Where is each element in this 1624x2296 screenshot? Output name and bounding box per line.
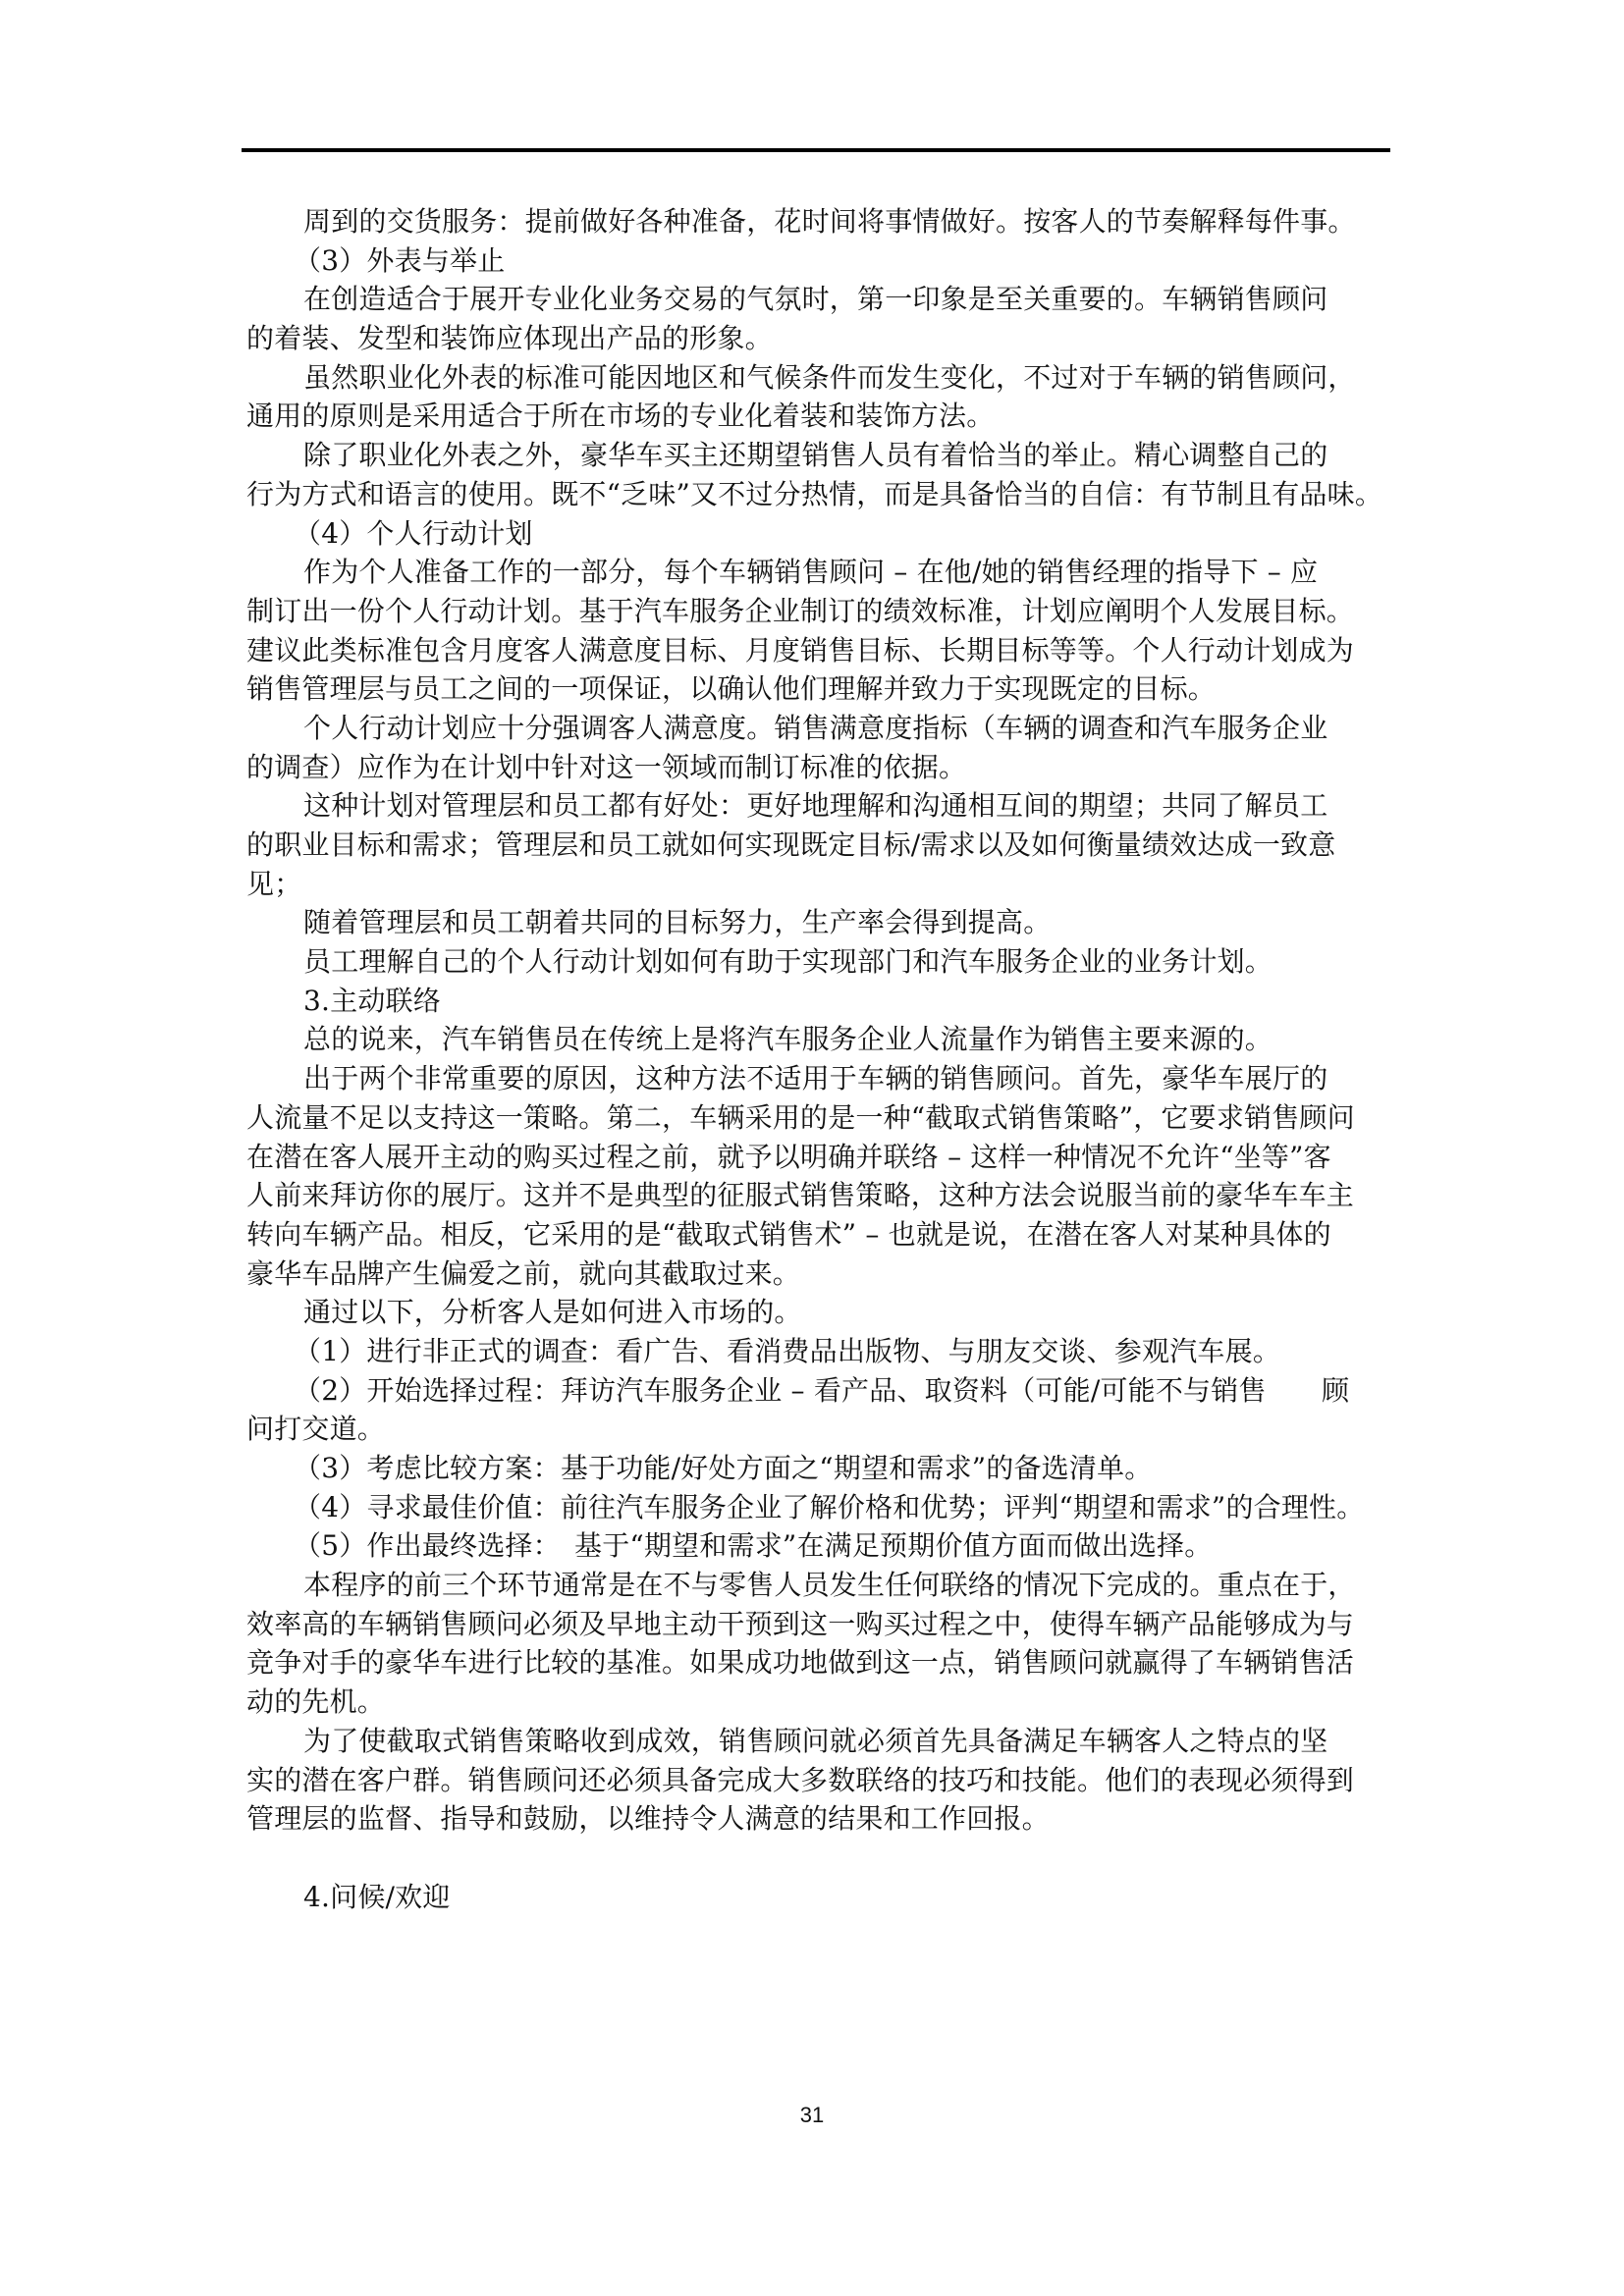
- text-line: （4）寻求最佳价值：前往汽车服务企业了解价格和优势；评判“期望和需求”的合理性。: [246, 1488, 1391, 1527]
- text-line: 在潜在客人展开主动的购买过程之前，就予以明确并联络 – 这样一种情况不允许“坐等…: [246, 1138, 1391, 1177]
- text-line: 随着管理层和员工朝着共同的目标努力，生产率会得到提高。: [246, 903, 1391, 942]
- document-body: 周到的交货服务：提前做好各种准备，花时间将事情做好。按客人的节奏解释每件事。（3…: [246, 202, 1391, 1917]
- text-line: 见；: [246, 865, 1391, 904]
- text-line: 除了职业化外表之外，豪华车买主还期望销售人员有着恰当的举止。精心调整自己的: [246, 436, 1391, 475]
- text-line: 豪华车品牌产生偏爱之前，就向其截取过来。: [246, 1255, 1391, 1294]
- text-line: 为了使截取式销售策略收到成效，销售顾问就必须首先具备满足车辆客人之特点的坚: [246, 1722, 1391, 1761]
- text-line: 人前来拜访你的展厅。这并不是典型的征服式销售策略，这种方法会说服当前的豪华车车主: [246, 1176, 1391, 1215]
- header-rule: [242, 148, 1390, 152]
- text-line: 的调查）应作为在计划中针对这一领域而制订标准的依据。: [246, 748, 1391, 787]
- text-line: 这种计划对管理层和员工都有好处：更好地理解和沟通相互间的期望；共同了解员工: [246, 786, 1391, 826]
- text-line: 作为个人准备工作的一部分，每个车辆销售顾问 – 在他/她的销售经理的指导下 – …: [246, 553, 1391, 592]
- text-line: 的职业目标和需求；管理层和员工就如何实现既定目标/需求以及如何衡量绩效达成一致意: [246, 826, 1391, 865]
- text-line: 通过以下，分析客人是如何进入市场的。: [246, 1293, 1391, 1332]
- text-line: 员工理解自己的个人行动计划如何有助于实现部门和汽车服务企业的业务计划。: [246, 942, 1391, 982]
- text-line: 转向车辆产品。相反，它采用的是“截取式销售术” – 也就是说，在潜在客人对某种具…: [246, 1215, 1391, 1255]
- page-number: 31: [0, 2103, 1624, 2128]
- text-line: 实的潜在客户群。销售顾问还必须具备完成大多数联络的技巧和技能。他们的表现必须得到: [246, 1761, 1391, 1800]
- text-line: 管理层的监督、指导和鼓励，以维持令人满意的结果和工作回报。: [246, 1799, 1391, 1839]
- text-line: 的着装、发型和装饰应体现出产品的形象。: [246, 319, 1391, 358]
- text-line: 人流量不足以支持这一策略。第二，车辆采用的是一种“截取式销售策略”，它要求销售顾…: [246, 1098, 1391, 1138]
- text-line: 总的说来，汽车销售员在传统上是将汽车服务企业人流量作为销售主要来源的。: [246, 1020, 1391, 1059]
- text-line: 个人行动计划应十分强调客人满意度。销售满意度指标（车辆的调查和汽车服务企业: [246, 709, 1391, 748]
- text-line: 本程序的前三个环节通常是在不与零售人员发生任何联络的情况下完成的。重点在于，: [246, 1566, 1391, 1605]
- text-line: （5）作出最终选择： 基于“期望和需求”在满足预期价值方面而做出选择。: [246, 1526, 1391, 1566]
- text-line: 销售管理层与员工之间的一项保证，以确认他们理解并致力于实现既定的目标。: [246, 669, 1391, 709]
- text-line: （3）考虑比较方案：基于功能/好处方面之“期望和需求”的备选清单。: [246, 1449, 1391, 1488]
- text-line: 周到的交货服务：提前做好各种准备，花时间将事情做好。按客人的节奏解释每件事。: [246, 202, 1391, 241]
- text-line: 效率高的车辆销售顾问必须及早地主动干预到这一购买过程之中，使得车辆产品能够成为与: [246, 1605, 1391, 1644]
- text-line: 虽然职业化外表的标准可能因地区和气候条件而发生变化，不过对于车辆的销售顾问，: [246, 358, 1391, 398]
- text-line: 出于两个非常重要的原因，这种方法不适用于车辆的销售顾问。首先，豪华车展厅的: [246, 1059, 1391, 1098]
- text-line: （1）进行非正式的调查：看广告、看消费品出版物、与朋友交谈、参观汽车展。: [246, 1332, 1391, 1371]
- text-line: 制订出一份个人行动计划。基于汽车服务企业制订的绩效标准，计划应阐明个人发展目标。: [246, 592, 1391, 631]
- text-line: 通用的原则是采用适合于所在市场的专业化着装和装饰方法。: [246, 397, 1391, 436]
- text-line: 问打交道。: [246, 1410, 1391, 1449]
- text-line: （2）开始选择过程：拜访汽车服务企业 – 看产品、取资料（可能/可能不与销售 顾: [246, 1371, 1391, 1411]
- text-line: 动的先机。: [246, 1682, 1391, 1722]
- text-line: 建议此类标准包含月度客人满意度目标、月度销售目标、长期目标等等。个人行动计划成为: [246, 631, 1391, 670]
- text-line: （4）个人行动计划: [246, 514, 1391, 554]
- blank-line: [246, 1839, 1391, 1878]
- text-line: 竞争对手的豪华车进行比较的基准。如果成功地做到这一点，销售顾问就赢得了车辆销售活: [246, 1643, 1391, 1682]
- text-line: 4.问候/欢迎: [246, 1878, 1391, 1917]
- text-line: 在创造适合于展开专业化业务交易的气氛时，第一印象是至关重要的。车辆销售顾问: [246, 280, 1391, 319]
- text-line: 行为方式和语言的使用。既不“乏味”又不过分热情，而是具备恰当的自信：有节制且有品…: [246, 475, 1391, 514]
- text-line: 3.主动联络: [246, 982, 1391, 1021]
- text-line: （3）外表与举止: [246, 241, 1391, 281]
